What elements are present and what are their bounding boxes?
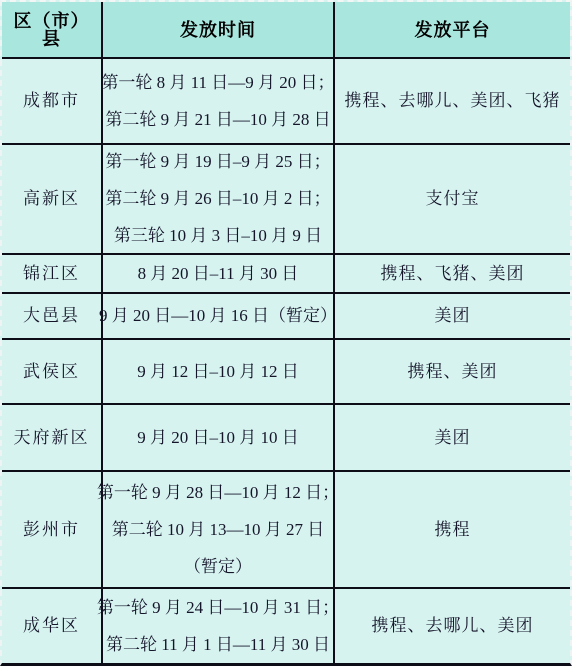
time-line: 第二轮 11 月 1 日—11 月 30 日 [106, 636, 330, 654]
time-line: 9 月 20 日—10 月 16 日（暂定） [99, 307, 337, 325]
district-cell: 锦江区 [2, 255, 103, 292]
time-line: 第一轮 9 月 19 日–9 月 25 日； [105, 153, 330, 171]
district-cell: 成都市 [2, 59, 103, 143]
district-cell: 高新区 [2, 145, 103, 253]
column-header-time: 发放时间 [103, 2, 335, 57]
time-cell: 第一轮 9 月 24 日—10 月 31 日； 第二轮 11 月 1 日—11 … [103, 589, 335, 663]
table-row-chenghua: 成华区 第一轮 9 月 24 日—10 月 31 日； 第二轮 11 月 1 日… [2, 589, 570, 663]
time-line: 第二轮 10 月 13—10 月 27 日 [112, 521, 325, 539]
table-row-dayi: 大邑县 9 月 20 日—10 月 16 日（暂定） 美团 [2, 294, 570, 340]
time-cell: 第一轮 9 月 28 日—10 月 12 日； 第二轮 10 月 13—10 月… [103, 472, 335, 587]
time-cell: 第一轮 9 月 19 日–9 月 25 日； 第二轮 9 月 26 日–10 月… [103, 145, 335, 253]
table-row-jinjiang: 锦江区 8 月 20 日–11 月 30 日 携程、飞猪、美团 [2, 255, 570, 294]
time-line: 第三轮 10 月 3 日–10 月 9 日 [114, 227, 322, 245]
time-line: 8 月 20 日–11 月 30 日 [138, 265, 299, 283]
time-line: 第二轮 9 月 26 日–10 月 2 日； [105, 190, 330, 208]
platform-cell: 携程、去哪儿、美团、飞猪 [335, 59, 570, 143]
table-row-pengzhou: 彭州市 第一轮 9 月 28 日—10 月 12 日； 第二轮 10 月 13—… [2, 472, 570, 589]
time-cell: 8 月 20 日–11 月 30 日 [103, 255, 335, 292]
platform-cell: 支付宝 [335, 145, 570, 253]
column-header-district: 区（市）县 [2, 2, 103, 57]
voucher-distribution-table: 区（市）县 发放时间 发放平台 成都市 第一轮 8 月 11 日—9 月 20 … [0, 0, 572, 666]
district-cell: 天府新区 [2, 405, 103, 470]
time-line: 第一轮 9 月 24 日—10 月 31 日； [97, 599, 339, 617]
time-cell: 9 月 20 日—10 月 16 日（暂定） [103, 294, 335, 338]
table-header-row: 区（市）县 发放时间 发放平台 [2, 2, 570, 59]
platform-cell: 携程、飞猪、美团 [335, 255, 570, 292]
time-line: 第一轮 8 月 11 日—9 月 20 日； [101, 74, 334, 92]
platform-cell: 携程、去哪儿、美团 [335, 589, 570, 663]
column-header-platform: 发放平台 [335, 2, 570, 57]
district-cell: 成华区 [2, 589, 103, 663]
time-line: 9 月 20 日–10 月 10 日 [137, 429, 299, 447]
time-line: 9 月 12 日–10 月 12 日 [137, 363, 299, 381]
time-line: （暂定） [184, 558, 252, 576]
table-row-wuhou: 武侯区 9 月 12 日–10 月 12 日 携程、美团 [2, 340, 570, 405]
table-row-tianfu: 天府新区 9 月 20 日–10 月 10 日 美团 [2, 405, 570, 472]
time-cell: 第一轮 8 月 11 日—9 月 20 日； 第二轮 9 月 21 日—10 月… [103, 59, 335, 143]
platform-cell: 携程、美团 [335, 340, 570, 403]
district-cell: 彭州市 [2, 472, 103, 587]
time-line: 第一轮 9 月 28 日—10 月 12 日； [97, 484, 339, 502]
table-row-chengdu: 成都市 第一轮 8 月 11 日—9 月 20 日； 第二轮 9 月 21 日—… [2, 59, 570, 145]
time-line: 第二轮 9 月 21 日—10 月 28 日 [105, 111, 330, 129]
district-cell: 武侯区 [2, 340, 103, 403]
district-cell: 大邑县 [2, 294, 103, 338]
platform-cell: 携程 [335, 472, 570, 587]
time-cell: 9 月 20 日–10 月 10 日 [103, 405, 335, 470]
platform-cell: 美团 [335, 294, 570, 338]
time-cell: 9 月 12 日–10 月 12 日 [103, 340, 335, 403]
platform-cell: 美团 [335, 405, 570, 470]
table-row-gaoxin: 高新区 第一轮 9 月 19 日–9 月 25 日； 第二轮 9 月 26 日–… [2, 145, 570, 255]
